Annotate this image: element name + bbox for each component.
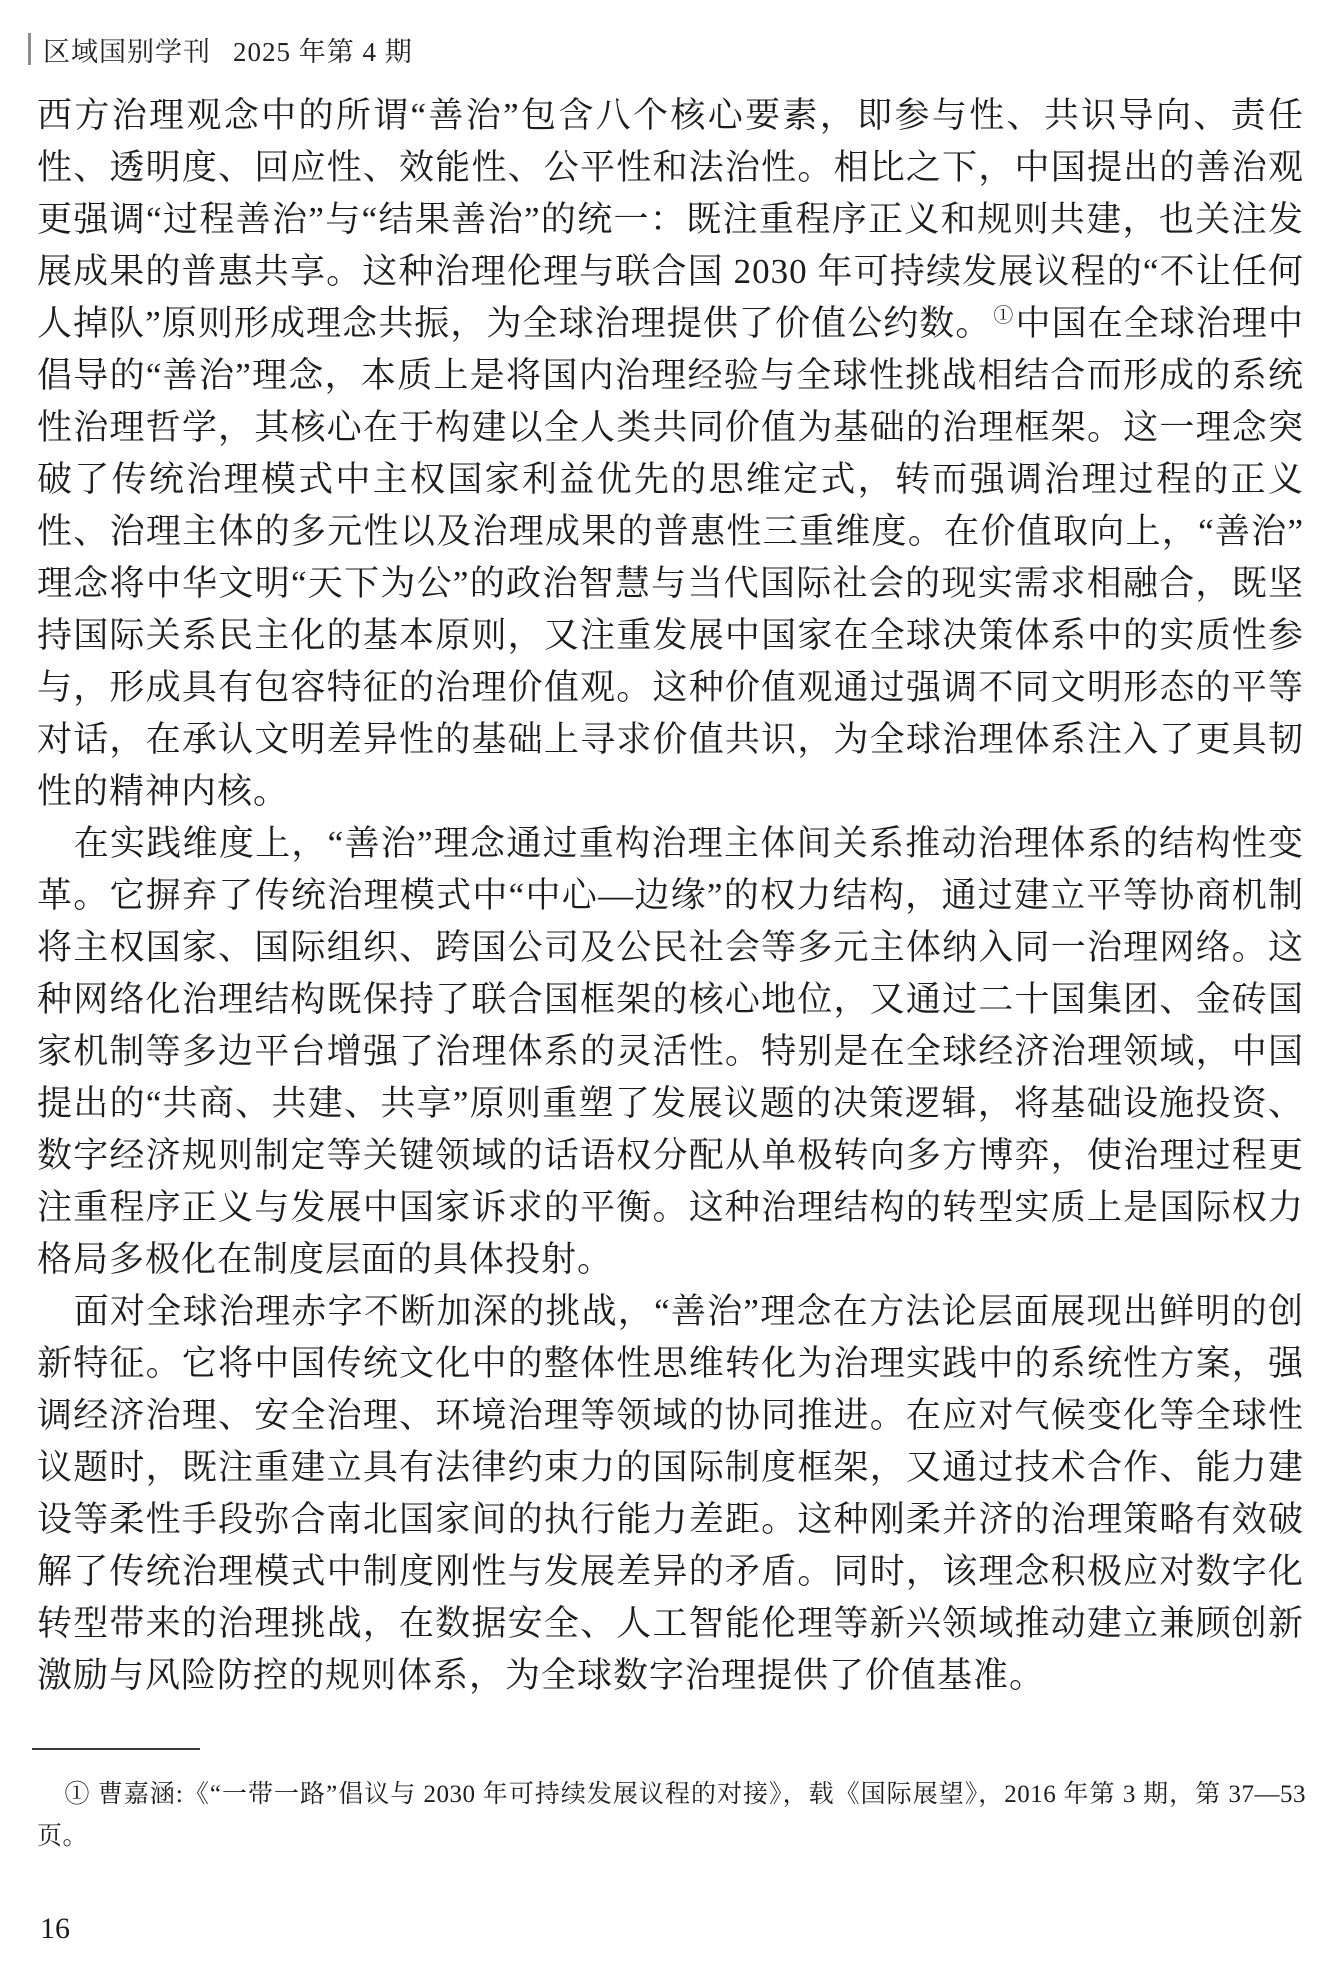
footnote-marker: ① xyxy=(65,1781,91,1808)
footnote-reference-1: ① xyxy=(991,305,1015,327)
page-number: 16 xyxy=(40,1912,70,1946)
footnote-text: 曹嘉涵:《“一带一路”倡议与 2030 年可持续发展议程的对接》，载《国际展望》… xyxy=(37,1781,1306,1850)
footnote-area: ① 曹嘉涵:《“一带一路”倡议与 2030 年可持续发展议程的对接》，载《国际展… xyxy=(37,1774,1306,1858)
article-body: 西方治理观念中的所谓“善治”包含八个核心要素，即参与性、共识导向、责任性、透明度… xyxy=(37,90,1304,1702)
paragraph-3: 面对全球治理赤字不断加深的挑战，“善治”理念在方法论层面展现出鲜明的创新特征。它… xyxy=(37,1286,1304,1702)
paragraph-1: 西方治理观念中的所谓“善治”包含八个核心要素，即参与性、共识导向、责任性、透明度… xyxy=(37,90,1304,818)
paragraph-1-text-after-footnote: 中国在全球治理中倡导的“善治”理念，本质上是将国内治理经验与全球性挑战相结合而形… xyxy=(37,304,1304,811)
running-head: 区域国别学刊 2025 年第 4 期 xyxy=(28,30,1340,68)
running-head-bar xyxy=(28,33,31,65)
journal-page: 区域国别学刊 2025 年第 4 期 西方治理观念中的所谓“善治”包含八个核心要… xyxy=(0,0,1340,1970)
issue-info: 2025 年第 4 期 xyxy=(233,30,413,69)
footnote-divider xyxy=(32,1748,200,1750)
paragraph-2: 在实践维度上，“善治”理念通过重构治理主体间关系推动治理体系的结构性变革。它摒弃… xyxy=(37,818,1304,1286)
journal-title: 区域国别学刊 xyxy=(43,30,211,69)
